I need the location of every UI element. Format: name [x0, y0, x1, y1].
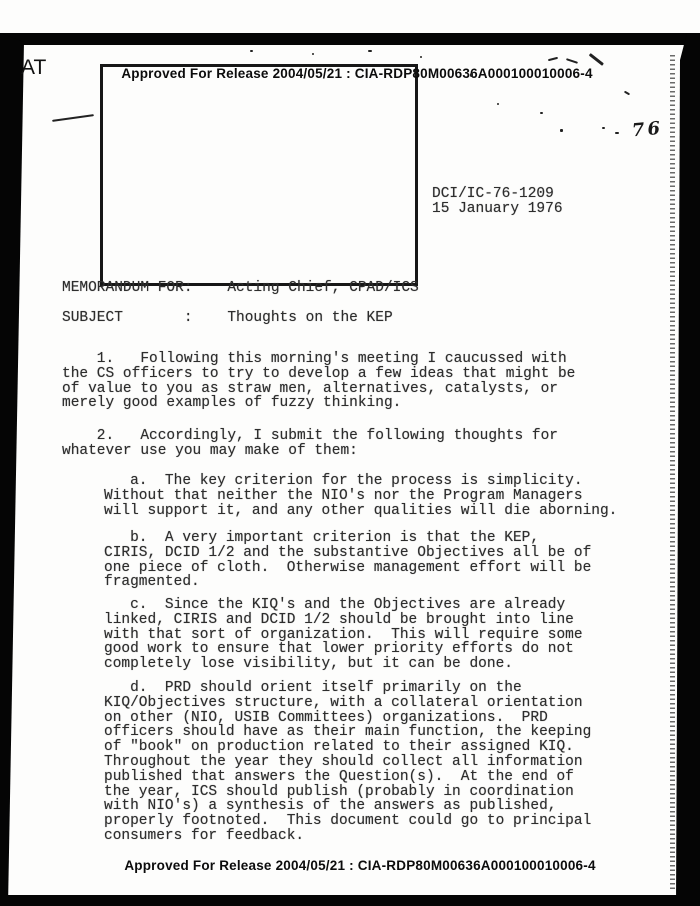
- noise-speck: [540, 112, 543, 114]
- paragraph-2c: c. Since the KIQ's and the Objectives ar…: [104, 598, 583, 672]
- paragraph-2a: a. The key criterion for the process is …: [104, 474, 617, 518]
- scan-edge-left-wedge: [0, 0, 30, 906]
- noise-speck: [470, 73, 473, 77]
- noise-squiggle: [566, 58, 578, 64]
- release-stamp-header: Approved For Release 2004/05/21 : CIA-RD…: [107, 66, 607, 81]
- release-stamp-footer: Approved For Release 2004/05/21 : CIA-RD…: [110, 858, 610, 873]
- doc-date: 15 January 1976: [432, 202, 563, 217]
- noise-speck: [368, 50, 372, 52]
- noise-speck: [497, 103, 499, 105]
- noise-speck: [624, 91, 630, 96]
- scan-edge-bottom-bar: [0, 895, 700, 906]
- noise-speck: [602, 127, 605, 129]
- subject-line: SUBJECT : Thoughts on the KEP: [62, 311, 393, 326]
- handwritten-page-number: 76: [631, 118, 664, 142]
- noise-speck: [560, 129, 563, 132]
- memo-for-line: MEMORANDUM FOR: Acting Chief, CPAD/ICS: [62, 281, 419, 296]
- adjacent-page-microtext-strip: [670, 55, 675, 890]
- paragraph-2d: d. PRD should orient itself primarily on…: [104, 681, 591, 844]
- noise-speck: [250, 50, 253, 52]
- paragraph-2b: b. A very important criterion is that th…: [104, 531, 591, 590]
- doc-number: DCI/IC-76-1209: [432, 187, 554, 202]
- redaction-box: [100, 64, 418, 286]
- noise-squiggle: [548, 57, 558, 61]
- noise-speck: [615, 132, 619, 134]
- noise-stroke: [589, 53, 604, 65]
- noise-speck: [420, 56, 422, 58]
- pen-mark: [52, 114, 94, 122]
- noise-speck: [312, 53, 314, 55]
- paragraph-1: 1. Following this morning's meeting I ca…: [62, 352, 575, 411]
- scan-edge-top-bar: [0, 33, 700, 45]
- paragraph-2: 2. Accordingly, I submit the following t…: [62, 429, 558, 459]
- scanned-memo-page: AT Approved For Release 2004/05/21 : CIA…: [0, 0, 700, 906]
- cropped-margin-label: AT: [21, 56, 46, 80]
